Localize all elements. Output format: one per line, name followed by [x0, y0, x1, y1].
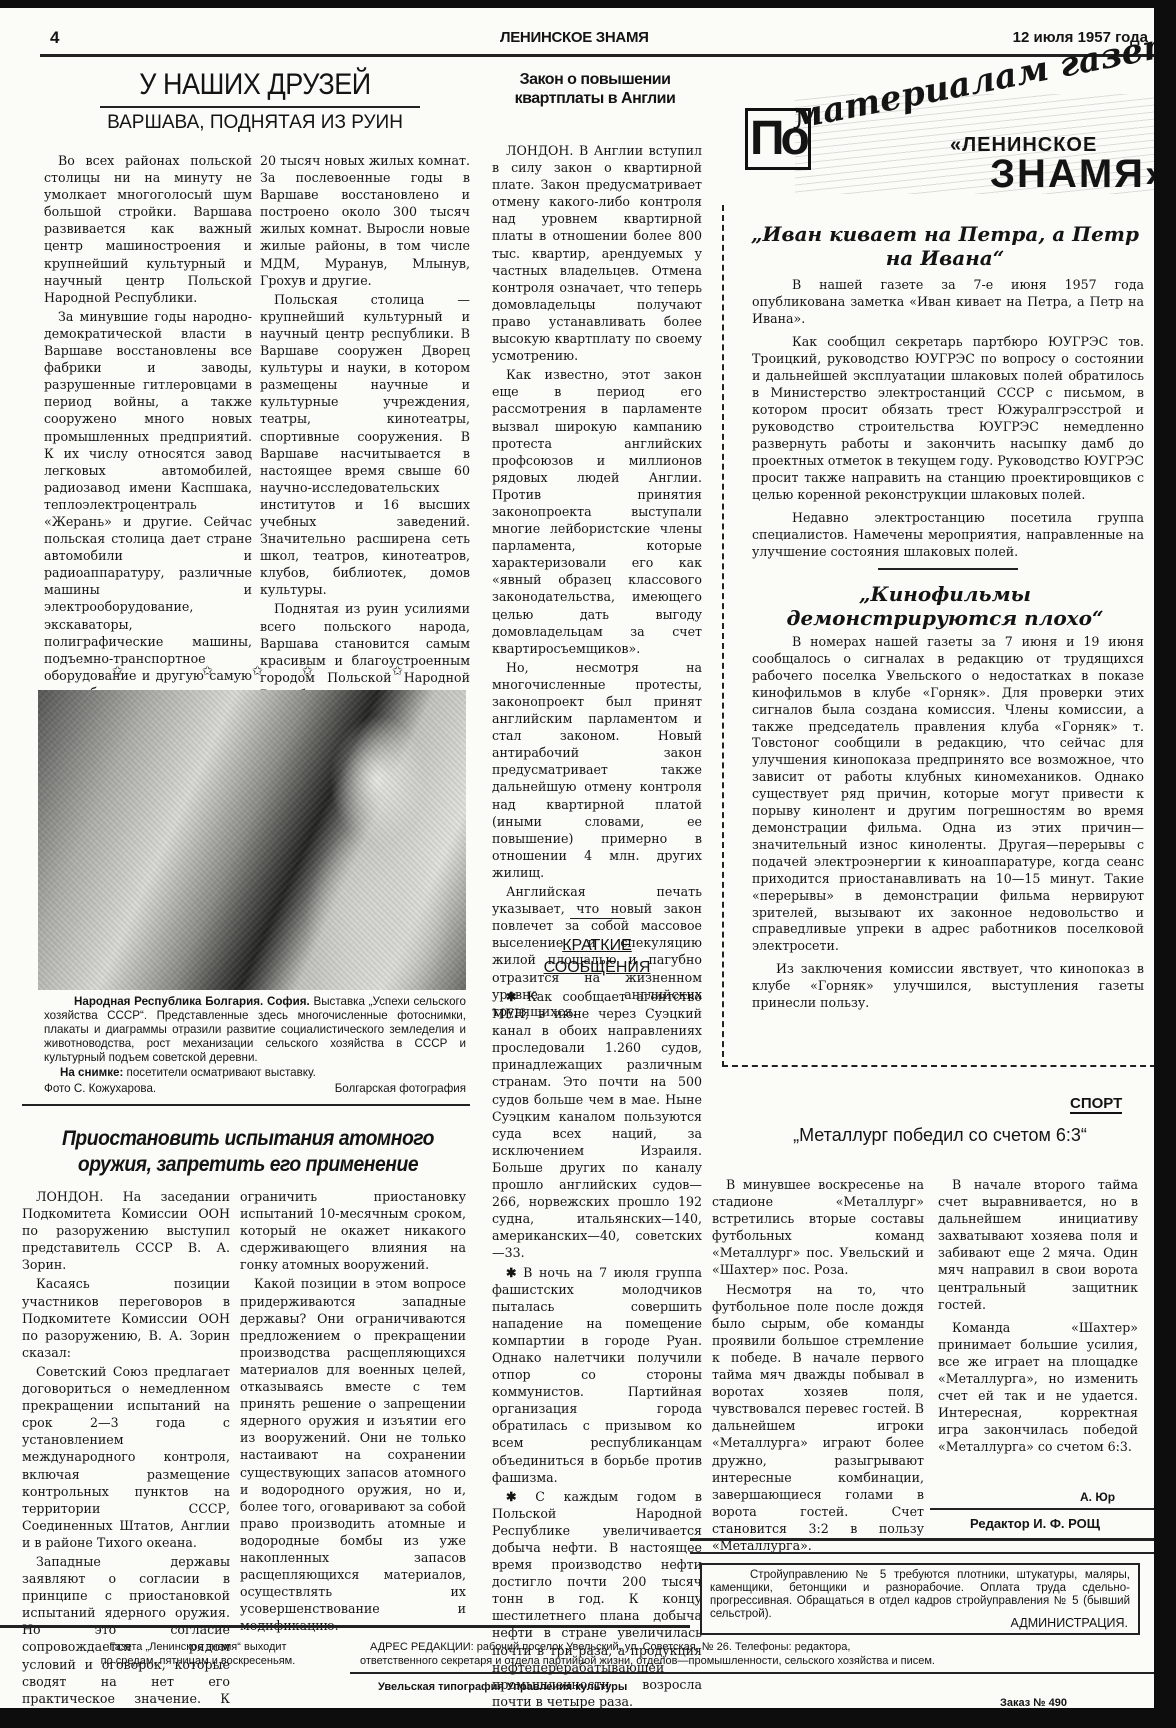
brief-heading-line2: СООБЩЕНИЯ: [492, 957, 702, 979]
paragraph: ограничить приостановку испытаний 10-мес…: [240, 1188, 466, 1273]
rubric-paper-line2: ЗНАМЯ»: [990, 152, 1169, 197]
author-rule: [930, 1508, 1155, 1510]
star-icon: ✩: [202, 664, 213, 679]
paragraph: За минувшие годы народно-демократической…: [44, 308, 252, 701]
paragraph: Но, несмотря на многочисленные протесты,…: [492, 659, 702, 881]
newspaper-page: 4 ЛЕНИНСКОЕ ЗНАМЯ 12 июля 1957 года У НА…: [0, 0, 1176, 1728]
films-column: В номерах нашей газеты за 7 июня и 19 ию…: [752, 634, 1144, 1012]
brief-heading-line1: КРАТКИЕ: [492, 935, 702, 957]
sport-author: А. Юр: [1080, 1490, 1115, 1504]
warsaw-column-2: 20 тысяч новых жилых комнат. За послевое…: [260, 152, 470, 703]
paragraph: Недавно электростанцию посетила группа с…: [752, 509, 1144, 560]
footer-rule: [350, 1672, 1160, 1674]
address-line2: ответственного секретаря и отдела партий…: [360, 1654, 1160, 1668]
star-icon: ✩: [252, 664, 263, 679]
rent-column: ЛОНДОН. В Англии вступил в силу закон о …: [492, 142, 702, 1020]
paragraph: Несмотря на то, что футбольное поле посл…: [712, 1281, 924, 1555]
photo-agency: Болгарская фотография: [290, 1082, 466, 1096]
ad-text: Стройуправлению № 5 требуются плотники, …: [710, 1569, 1130, 1621]
masthead: 4 ЛЕНИНСКОЕ ЗНАМЯ 12 июля 1957 года: [40, 26, 1160, 52]
paragraph: Польская столица — крупнейший культурный…: [260, 291, 470, 599]
paragraph: Как известно, этот закон еще в период ег…: [492, 366, 702, 657]
scan-edge-top: [0, 0, 1176, 8]
paragraph: Советский Союз предлагает договориться о…: [22, 1363, 230, 1551]
headline-rent: Закон о повышении квартплаты в Англии: [490, 70, 700, 108]
paragraph: 20 тысяч новых жилых комнат. За послевое…: [260, 152, 470, 289]
bullet-icon: ✱: [506, 1489, 517, 1504]
sport-column-2: В начале второго тайма счет выравниваетс…: [938, 1176, 1138, 1456]
brief-news-heading: КРАТКИЕ СООБЩЕНИЯ: [492, 935, 702, 979]
paragraph: В номерах нашей газеты за 7 июня и 19 ию…: [752, 634, 1144, 955]
brief-news-column: ✱ Как сообщает агентство МЕН, в июне чер…: [492, 988, 702, 1710]
bullet-icon: ✱: [506, 989, 517, 1004]
star-icon: ✩: [112, 664, 123, 679]
rubric-underline: [100, 106, 420, 108]
news-item: ✱ В ночь на 7 июля группа фашистских мол…: [492, 1264, 702, 1486]
paragraph: Касаясь позиции участников переговоров в…: [22, 1275, 230, 1360]
paragraph: Поднятая из руин усилиями всего польског…: [260, 600, 470, 703]
bullet-icon: ✱: [506, 1265, 517, 1280]
star-icon: ✩: [392, 664, 403, 679]
photo-rule: [22, 1104, 470, 1106]
star-icon: ✩: [302, 664, 313, 679]
address-text: рабочий поселок Увельский, ул. Советская…: [477, 1641, 851, 1653]
ivan-column: В нашей газете за 7-е июня 1957 года опу…: [752, 276, 1144, 560]
paragraph: Западные державы заявляют о согласии в п…: [22, 1553, 230, 1724]
schedule-line1: Газета „Ленинское знамя“ выходит: [48, 1640, 348, 1654]
photo-credit: Фото С. Кожухарова.: [44, 1082, 244, 1096]
paragraph: ЛОНДОН. В Англии вступил в силу закон о …: [492, 142, 702, 364]
job-advertisement: Стройуправлению № 5 требуются плотники, …: [700, 1563, 1140, 1635]
editor-signature: Редактор И. Ф. РОЩ: [970, 1516, 1100, 1531]
masthead-rule: [40, 54, 1165, 57]
headline-ivan: „Иван кивает на Петра, а Петр на Ивана“: [745, 222, 1145, 270]
sport-column-1: В минувшее воскресенье на стадионе «Мета…: [712, 1176, 924, 1554]
publication-schedule: Газета „Ленинское знамя“ выходит по сред…: [48, 1640, 348, 1668]
on-photo-text: посетители осматривают выставку.: [127, 1066, 316, 1079]
on-photo-caption: На снимке: посетители осматривают выстав…: [44, 1066, 466, 1080]
address-line1: АДРЕС РЕДАКЦИИ: рабочий поселок Увельски…: [360, 1640, 1160, 1654]
editor-rule-2: [690, 1552, 1160, 1554]
exhibition-photo: [38, 690, 466, 990]
paragraph: Из заключения комиссии явствует, что кин…: [752, 961, 1144, 1012]
on-photo-label: На снимке:: [60, 1066, 123, 1079]
section-sport: СПОРТ: [1070, 1095, 1122, 1114]
caption-location: Народная Республика Болгария. София.: [74, 995, 310, 1008]
news-text: Как сообщает агентство МЕН, в июне через…: [492, 989, 702, 1260]
paper-name: ЛЕНИНСКОЕ ЗНАМЯ: [500, 29, 649, 46]
headline-atomic: Приостановить испытания атомного оружия,…: [46, 1126, 451, 1178]
headline-warsaw: ВАРШАВА, ПОДНЯТАЯ ИЗ РУИН: [50, 112, 460, 134]
news-text: В ночь на 7 июля группа фашистских молод…: [492, 1265, 702, 1485]
paragraph: В минувшее воскресенье на стадионе «Мета…: [712, 1176, 924, 1279]
headline-films: „Кинофильмы демонстрируются плохо“: [745, 582, 1145, 630]
rubric-follow-up: По материалам газеты «ЛЕНИНСКОЕ ЗНАМЯ»: [735, 90, 1155, 200]
paragraph: Во всех районах польской столицы ни на м…: [44, 152, 252, 306]
address-label: АДРЕС РЕДАКЦИИ:: [370, 1641, 474, 1653]
scan-edge-bottom: [0, 1708, 1176, 1728]
editorial-address: АДРЕС РЕДАКЦИИ: рабочий поселок Увельски…: [360, 1640, 1160, 1668]
photo-caption: Народная Республика Болгария. София. Выс…: [44, 995, 466, 1065]
star-divider: ✩ ✩ ✩ ✩ ✩: [60, 664, 460, 680]
schedule-line2: по средам, пятницам и воскресеньям.: [48, 1654, 348, 1668]
headline-sport: „Металлург победил со счетом 6:3“: [790, 1125, 1090, 1146]
atomic-column-2: ограничить приостановку испытаний 10-мес…: [240, 1188, 466, 1634]
paragraph: В начале второго тайма счет выравниваетс…: [938, 1176, 1138, 1313]
paragraph: Какой позиции в этом вопросе придерживаю…: [240, 1275, 466, 1634]
scan-edge-right: [1154, 0, 1176, 1728]
paragraph: ЛОНДОН. На заседании Подкомитета Комисси…: [22, 1188, 230, 1273]
rubric-friends: У НАШИХ ДРУЗЕЙ: [80, 68, 431, 102]
paragraph: В нашей газете за 7-е июня 1957 года опу…: [752, 276, 1144, 327]
paragraph: Как сообщил секретарь партбюро ЮУГРЭС то…: [752, 333, 1144, 503]
ad-signature: АДМИНИСТРАЦИЯ.: [1011, 1617, 1128, 1630]
paragraph: Команда «Шахтер» принимает большие усили…: [938, 1319, 1138, 1456]
ivan-divider: [878, 568, 1018, 570]
page-number: 4: [50, 28, 59, 48]
editor-rule: [690, 1538, 1160, 1541]
photo-grain: [38, 690, 466, 990]
news-item: ✱ С каждым годом в Польской Народной Рес…: [492, 1488, 702, 1710]
brief-rule: [570, 918, 625, 919]
news-item: ✱ Как сообщает агентство МЕН, в июне чер…: [492, 988, 702, 1262]
news-text: С каждым годом в Польской Народной Респу…: [492, 1489, 702, 1709]
printer-name: Увельская типография Управления культуры: [378, 1680, 627, 1694]
